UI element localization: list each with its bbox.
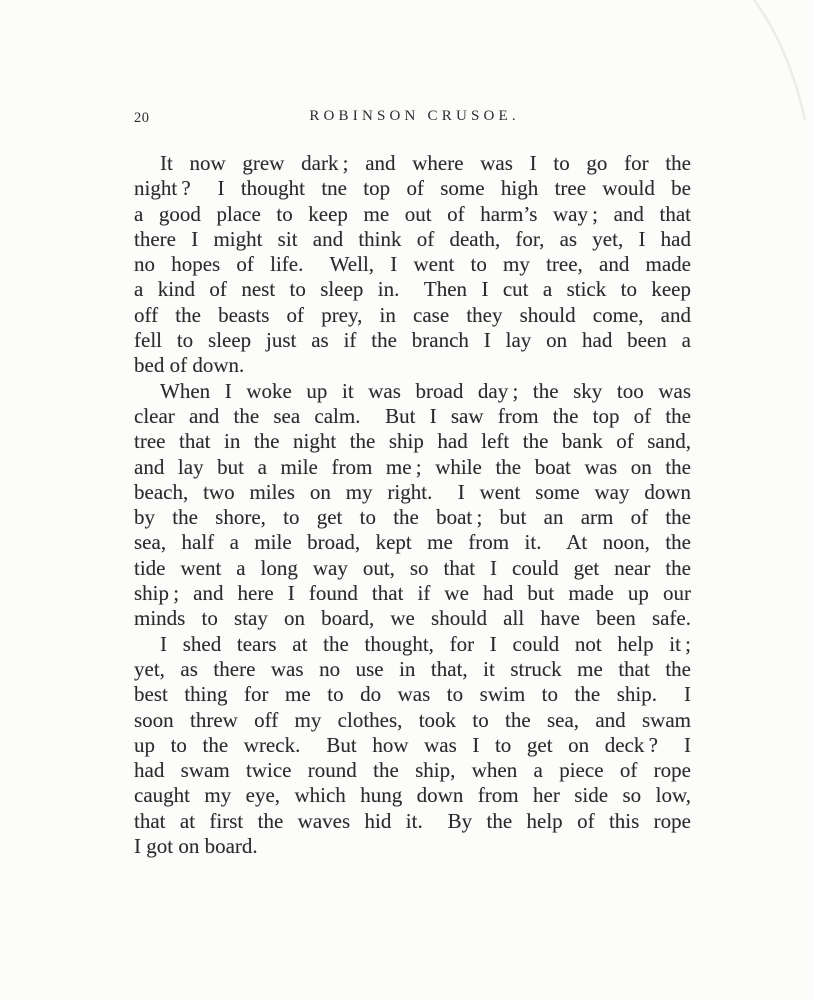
text-line: I shed tears at the thought, for I could… xyxy=(134,632,691,657)
text-line: It now grew dark ; and where was I to go… xyxy=(134,151,691,176)
text-line: soon threw off my clothes, took to the s… xyxy=(134,708,691,733)
text-line: no hopes of life. Well, I went to my tre… xyxy=(134,252,691,277)
text-line: tide went a long way out, so that I coul… xyxy=(134,556,691,581)
text-line: by the shore, to get to the boat ; but a… xyxy=(134,505,691,530)
text-block: 20 ROBINSON CRUSOE. It now grew dark ; a… xyxy=(134,108,691,859)
text-line: tree that in the night the ship had left… xyxy=(134,429,691,454)
text-line: caught my eye, which hung down from her … xyxy=(134,783,691,808)
text-line: When I woke up it was broad day ; the sk… xyxy=(134,379,691,404)
page-curl-artifact xyxy=(693,0,813,160)
page-curl-line xyxy=(748,0,805,120)
paragraphs: It now grew dark ; and where was I to go… xyxy=(134,151,691,859)
text-line: beach, two miles on my right. I went som… xyxy=(134,480,691,505)
text-line: ship ; and here I found that if we had b… xyxy=(134,581,691,606)
text-line: minds to stay on board, we should all ha… xyxy=(134,606,691,631)
text-line: I got on board. xyxy=(134,834,691,859)
book-page: 20 ROBINSON CRUSOE. It now grew dark ; a… xyxy=(0,0,813,1000)
running-head: 20 ROBINSON CRUSOE. xyxy=(134,108,691,126)
text-line: night ? I thought tne top of some high t… xyxy=(134,176,691,201)
text-line: sea, half a mile broad, kept me from it.… xyxy=(134,530,691,555)
text-line: fell to sleep just as if the branch I la… xyxy=(134,328,691,353)
text-line: a good place to keep me out of harm’s wa… xyxy=(134,202,691,227)
text-line: and lay but a mile from me ; while the b… xyxy=(134,455,691,480)
text-line: off the beasts of prey, in case they sho… xyxy=(134,303,691,328)
text-line: clear and the sea calm. But I saw from t… xyxy=(134,404,691,429)
text-line: yet, as there was no use in that, it str… xyxy=(134,657,691,682)
text-line: that at first the waves hid it. By the h… xyxy=(134,809,691,834)
text-line: bed of down. xyxy=(134,353,691,378)
text-line: best thing for me to do was to swim to t… xyxy=(134,682,691,707)
text-line: up to the wreck. But how was I to get on… xyxy=(134,733,691,758)
text-line: a kind of nest to sleep in. Then I cut a… xyxy=(134,277,691,302)
text-line: had swam twice round the ship, when a pi… xyxy=(134,758,691,783)
page-number: 20 xyxy=(134,110,150,127)
text-line: there I might sit and think of death, fo… xyxy=(134,227,691,252)
running-title: ROBINSON CRUSOE. xyxy=(134,108,691,125)
